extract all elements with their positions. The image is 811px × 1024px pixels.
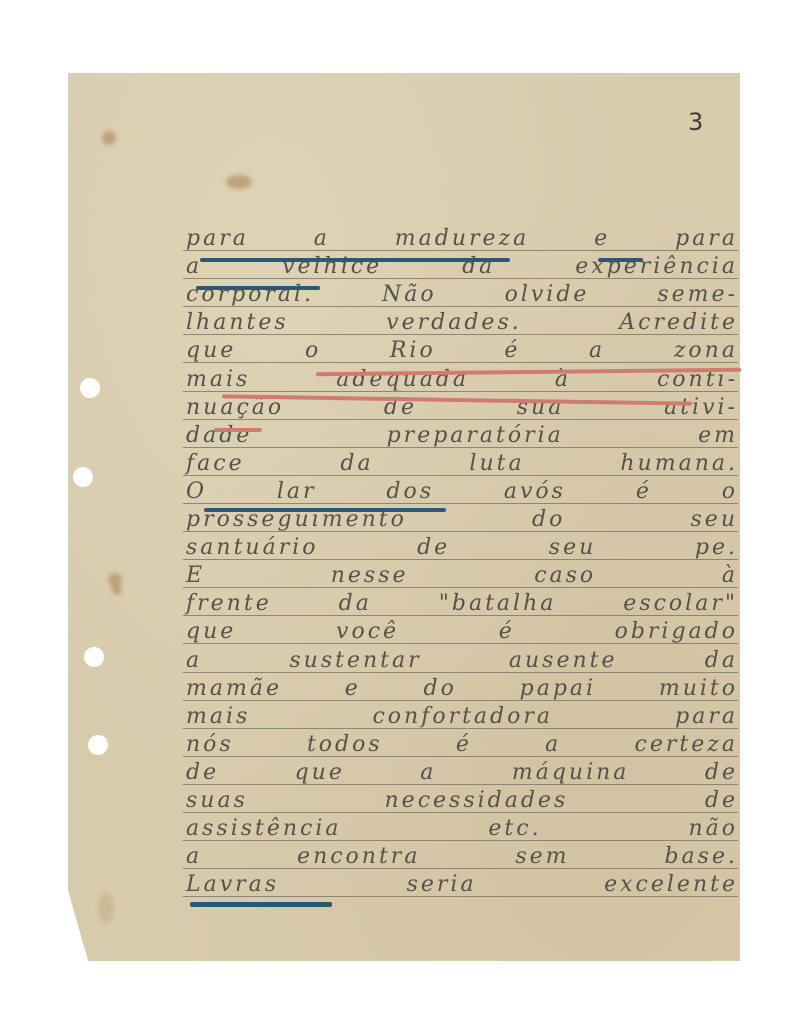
manuscript-line: dequeamáquinade bbox=[186, 757, 738, 785]
word: certeza bbox=[635, 732, 738, 757]
word: à bbox=[722, 563, 738, 588]
word: não bbox=[688, 816, 738, 841]
word: e bbox=[345, 676, 361, 701]
word: máquina bbox=[512, 760, 630, 785]
word: para bbox=[675, 704, 738, 729]
word: humana. bbox=[620, 451, 738, 476]
word: dos bbox=[386, 479, 434, 504]
word: Acredite bbox=[619, 310, 738, 335]
word: obrigado bbox=[615, 619, 738, 644]
word: da bbox=[340, 451, 373, 476]
binder-hole bbox=[80, 378, 100, 398]
word: avós bbox=[504, 479, 566, 504]
manuscript-line: queoRioéazona bbox=[186, 335, 738, 363]
manuscript-line: facedalutahumana. bbox=[186, 448, 738, 476]
manuscript-line: santuáriodeseupe. bbox=[186, 532, 738, 560]
red-underline bbox=[214, 428, 262, 432]
word: necessidades bbox=[385, 788, 569, 813]
word: o bbox=[722, 479, 738, 504]
word: seria bbox=[407, 872, 477, 897]
word: mais bbox=[186, 367, 250, 392]
stain bbox=[98, 893, 114, 923]
manuscript-line: quevocêéobrigado bbox=[186, 616, 738, 644]
word: e bbox=[594, 226, 610, 251]
word: excelente bbox=[604, 872, 738, 897]
word: para bbox=[186, 226, 249, 251]
word: que bbox=[186, 338, 236, 363]
word: dade bbox=[186, 423, 252, 448]
word: de bbox=[705, 760, 738, 785]
word: é bbox=[636, 479, 652, 504]
word: etc. bbox=[488, 816, 541, 841]
manuscript-line: frenteda"batalhaescolar" bbox=[186, 588, 738, 616]
word: Rio bbox=[390, 338, 436, 363]
word: que bbox=[295, 760, 345, 785]
word: luta bbox=[469, 451, 524, 476]
word: madureza bbox=[395, 226, 529, 251]
manuscript-line: suasnecessidadesde bbox=[186, 785, 738, 813]
word: mais bbox=[186, 704, 250, 729]
word: Não bbox=[382, 282, 437, 307]
word: caso bbox=[534, 563, 596, 588]
word: do bbox=[532, 507, 565, 532]
word: para bbox=[675, 226, 738, 251]
page-number: 3 bbox=[688, 108, 703, 136]
manuscript-line: lhantesverdades.Acredite bbox=[186, 307, 738, 335]
word: lhantes bbox=[186, 310, 289, 335]
manuscript-line: mamãeedopapaimuito bbox=[186, 673, 738, 701]
manuscript-line: asustentarausenteda bbox=[186, 645, 738, 673]
word: face bbox=[186, 451, 245, 476]
blue-underline bbox=[200, 258, 510, 262]
word: O bbox=[186, 479, 207, 504]
word: pe. bbox=[695, 535, 738, 560]
blue-underline bbox=[598, 258, 643, 262]
word: mamãe bbox=[186, 676, 282, 701]
word: assistência bbox=[186, 816, 342, 841]
binder-hole bbox=[88, 735, 108, 755]
word: a bbox=[314, 226, 330, 251]
manuscript-line: aencontrasembase. bbox=[186, 841, 738, 869]
word: olvide bbox=[505, 282, 590, 307]
word: de bbox=[417, 535, 450, 560]
manuscript-line: dadepreparatóriaem bbox=[186, 420, 738, 448]
word: a bbox=[589, 338, 605, 363]
stain bbox=[226, 175, 252, 189]
word: santuário bbox=[186, 535, 319, 560]
word: base. bbox=[664, 844, 738, 869]
word: seu bbox=[691, 507, 738, 532]
word: frente bbox=[186, 591, 272, 616]
word: é bbox=[499, 619, 515, 644]
blue-underline bbox=[204, 508, 446, 512]
word: nós bbox=[186, 732, 234, 757]
stain bbox=[112, 585, 122, 595]
word: Lavras bbox=[186, 872, 279, 897]
word: a bbox=[420, 760, 436, 785]
blue-underline bbox=[190, 902, 332, 907]
word: a bbox=[545, 732, 561, 757]
word: escolar" bbox=[623, 591, 738, 616]
word: é bbox=[504, 338, 520, 363]
word: a bbox=[186, 844, 202, 869]
word: suas bbox=[186, 788, 248, 813]
word: de bbox=[705, 788, 738, 813]
manuscript-line: Lavrasseriaexcelente bbox=[186, 869, 738, 897]
word: zona bbox=[674, 338, 738, 363]
word: é bbox=[456, 732, 472, 757]
word: muito bbox=[659, 676, 738, 701]
manuscript-line: corporal.Nãoolvideseme- bbox=[186, 279, 738, 307]
word: do bbox=[424, 676, 457, 701]
manuscript-line: nóstodoséacerteza bbox=[186, 729, 738, 757]
binder-hole bbox=[73, 467, 93, 487]
binder-hole bbox=[84, 647, 104, 667]
word: papai bbox=[520, 676, 596, 701]
manuscript-line: Enessecasoà bbox=[186, 560, 738, 588]
word: preparatória bbox=[387, 423, 564, 448]
word: encontra bbox=[297, 844, 420, 869]
word: lar bbox=[277, 479, 317, 504]
manuscript-line: Olardosavóséo bbox=[186, 476, 738, 504]
word: confortadora bbox=[372, 704, 553, 729]
word: verdades. bbox=[386, 310, 522, 335]
manuscript-line: assistênciaetc.não bbox=[186, 813, 738, 841]
word: seu bbox=[549, 535, 596, 560]
word: todos bbox=[307, 732, 383, 757]
manuscript-line: maisconfortadorapara bbox=[186, 701, 738, 729]
blue-underline bbox=[196, 286, 320, 290]
manuscript-line: paraamadurezaepara bbox=[186, 223, 738, 251]
word: seme- bbox=[657, 282, 738, 307]
word: da bbox=[339, 591, 372, 616]
word: da bbox=[705, 648, 738, 673]
word: a bbox=[186, 648, 202, 673]
word: sustentar bbox=[289, 648, 421, 673]
word: sem bbox=[515, 844, 569, 869]
word: que bbox=[186, 619, 236, 644]
word: E bbox=[186, 563, 205, 588]
word: você bbox=[336, 619, 399, 644]
word: o bbox=[305, 338, 321, 363]
word: em bbox=[698, 423, 738, 448]
word: ausente bbox=[509, 648, 618, 673]
manuscript-line: avelhicedaexperiência bbox=[186, 251, 738, 279]
word: de bbox=[186, 760, 219, 785]
word: "batalha bbox=[439, 591, 557, 616]
stain bbox=[102, 131, 116, 145]
word: ativi- bbox=[664, 395, 738, 420]
word: nesse bbox=[331, 563, 409, 588]
